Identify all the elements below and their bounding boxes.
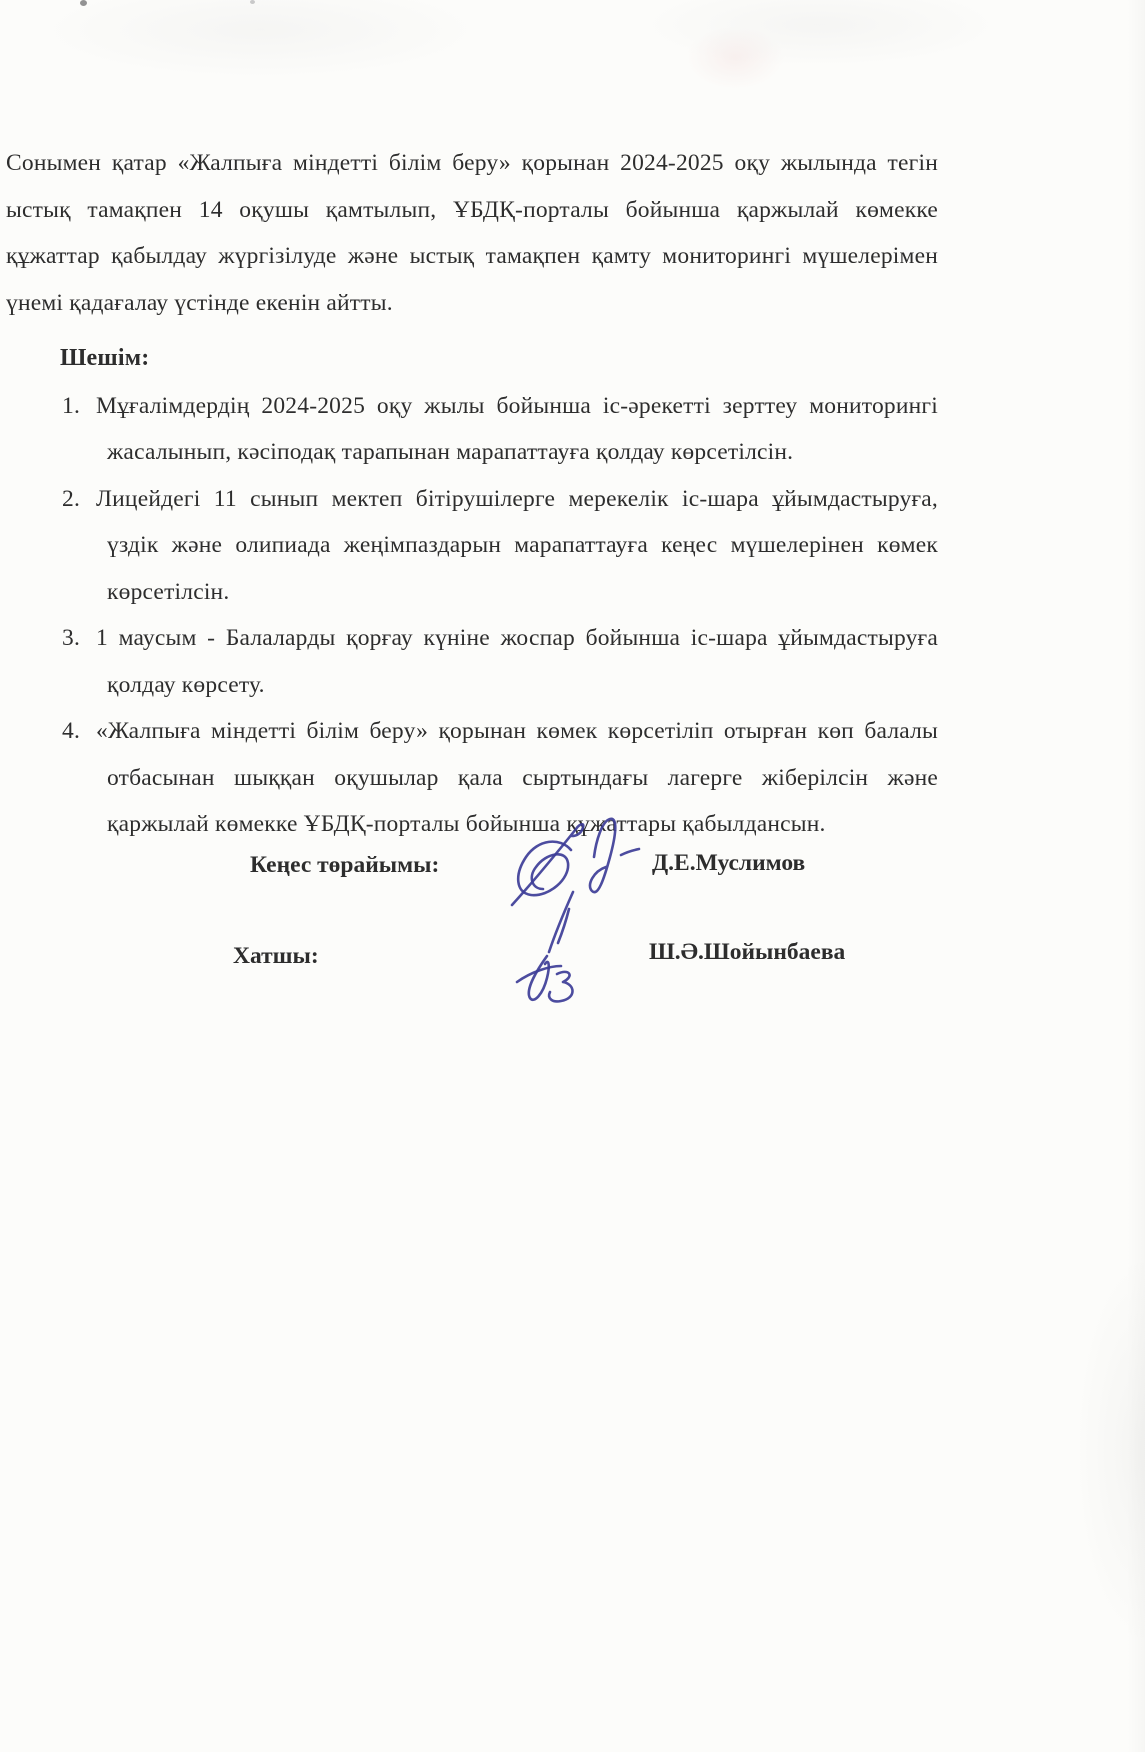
decision-text: 1 маусым - Балаларды қорғау күніне жоспа…: [96, 625, 938, 698]
scan-speck: [250, 0, 255, 4]
chairman-role-label: Кеңес төрайымы:: [250, 850, 439, 880]
intro-paragraph: Сонымен қатар «Жалпыға міндетті білім бе…: [6, 140, 938, 326]
scanned-document-page: Сонымен қатар «Жалпыға міндетті білім бе…: [0, 0, 1145, 1752]
decision-item: 4. «Жалпыға міндетті білім беру» қорынан…: [6, 708, 938, 848]
secretary-signature-ink: [497, 890, 592, 1015]
decision-item: 2. Лицейдегі 11 сынып мектеп бітірушілер…: [6, 476, 938, 616]
decision-item: 1. Мұғалімдердің 2024-2025 оқу жылы бойы…: [6, 383, 938, 476]
decision-text: Мұғалімдердің 2024-2025 оқу жылы бойынша…: [96, 393, 938, 466]
scan-speck: [80, 0, 87, 6]
secretary-role-label: Хатшы:: [233, 941, 319, 971]
secretary-name: Ш.Ә.Шойынбаева: [649, 937, 845, 967]
decision-number: 4.: [62, 708, 80, 755]
decision-number: 2.: [62, 476, 80, 523]
decision-heading: Шешім:: [60, 335, 938, 382]
decision-list: 1. Мұғалімдердің 2024-2025 оқу жылы бойы…: [6, 383, 938, 848]
decision-number: 1.: [62, 383, 80, 430]
decision-number: 3.: [62, 615, 80, 662]
document-body: Сонымен қатар «Жалпыға міндетті білім бе…: [6, 140, 938, 848]
decision-text: Лицейдегі 11 сынып мектеп бітірушілерге …: [96, 486, 938, 605]
chairman-name: Д.Е.Муслимов: [652, 848, 805, 878]
decision-item: 3. 1 маусым - Балаларды қорғау күніне жо…: [6, 615, 938, 708]
